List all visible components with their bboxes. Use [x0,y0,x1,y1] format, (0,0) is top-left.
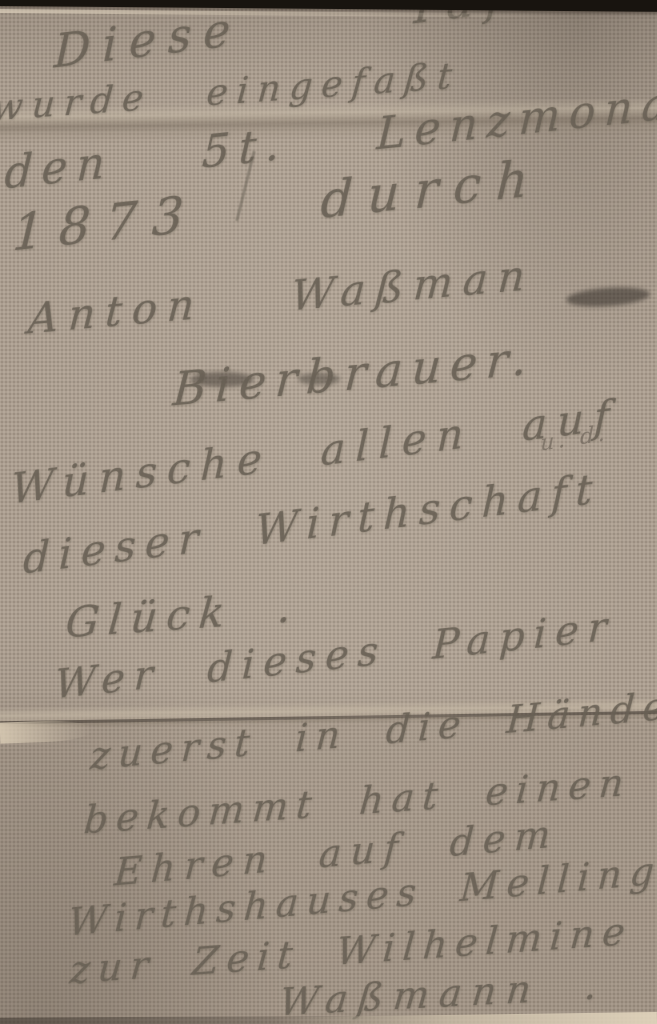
fold-edge-highlight [0,719,92,743]
pencil-smudge [565,285,650,309]
handwriting-line-6: Bierbrauer. [171,330,537,416]
scanned-letter-page: Diese Tafel wurde eingefaßt den 5t. Lenz… [0,0,657,1024]
handwriting-line-9: Glück . [64,582,302,648]
handwriting-line-5: Anton Waßman [27,250,537,344]
